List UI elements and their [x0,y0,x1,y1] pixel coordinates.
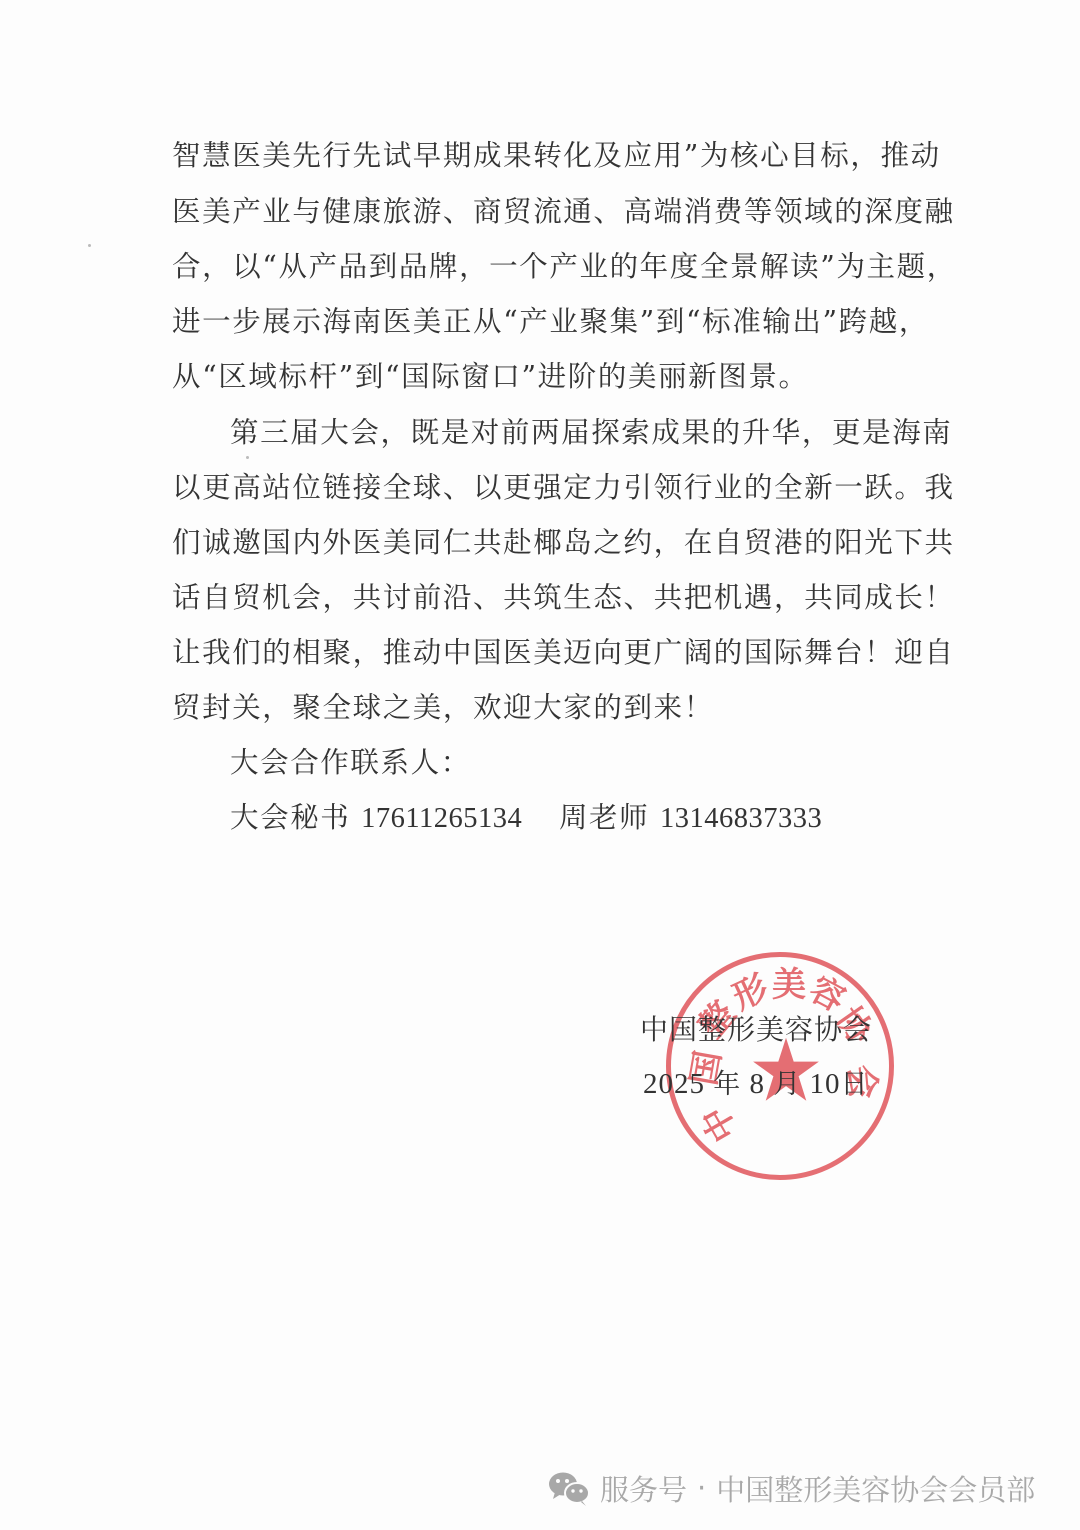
wechat-watermark: 服务号 · 中国整形美容协会会员部 [548,1466,1035,1510]
signature-organization: 中国整形美容协会 [640,1008,872,1048]
teacher-phone: 13146837333 [660,803,822,834]
paragraph-line: 让我们的相聚，推动中国医美迈向更广阔的国际舞台！迎自 [172,633,955,673]
account-type: 服务号 [600,1468,687,1509]
scan-speck [88,244,91,247]
paragraph-line: 从“区域标杆”到“国际窗口”进阶的美丽新图景。 [172,357,809,397]
paragraph-line: 合，以“从产品到品牌，一个产业的年度全景解读”为主题， [172,247,957,287]
signature-date: 2025 年 8 月 10日 [643,1062,869,1101]
paragraph-line: 智慧医美先行先试早期成果转化及应用”为核心目标，推动 [172,136,941,176]
paragraph-line: 进一步展示海南医美正从“产业聚集”到“标准输出”跨越， [172,302,929,342]
secretary-phone: 17611265134 [361,803,522,834]
paragraph-line: 贸封关，聚全球之美，欢迎大家的到来！ [172,688,714,728]
date-year-unit: 年 [713,1069,741,1100]
paragraph-line: 们诚邀国内外医美同仁共赴椰岛之约，在自贸港的阳光下共 [172,523,955,563]
scan-speck [246,456,249,459]
paragraph-line: 医美产业与健康旅游、商贸流通、高端消费等领域的深度融 [172,192,955,232]
secretary-label: 大会秘书 [230,801,350,834]
document-page: 智慧医美先行先试早期成果转化及应用”为核心目标，推动 医美产业与健康旅游、商贸流… [0,0,1080,1530]
paragraph-line: 话自贸机会，共讨前沿、共筑生态、共把机遇，共同成长！ [172,578,955,618]
paragraph-line: 以更高站位链接全球、以更强定力引领行业的全新一跃。我 [172,468,955,508]
date-day: 10 [810,1068,841,1100]
date-day-unit: 日 [841,1069,869,1100]
date-month: 8 [750,1068,766,1100]
account-name: 中国整形美容协会会员部 [716,1468,1035,1509]
contact-details: 大会秘书 17611265134 周老师 13146837333 [230,798,822,839]
teacher-label: 周老师 [559,801,649,834]
separator: · [697,1471,706,1505]
contact-heading: 大会合作联系人： [230,743,471,783]
paragraph-line: 第三届大会，既是对前两届探索成果的升华，更是海南 [230,413,952,453]
seal-char: 中 [686,1096,748,1155]
wechat-icon [548,1470,590,1506]
date-month-unit: 月 [773,1069,801,1100]
date-year: 2025 [643,1068,705,1100]
